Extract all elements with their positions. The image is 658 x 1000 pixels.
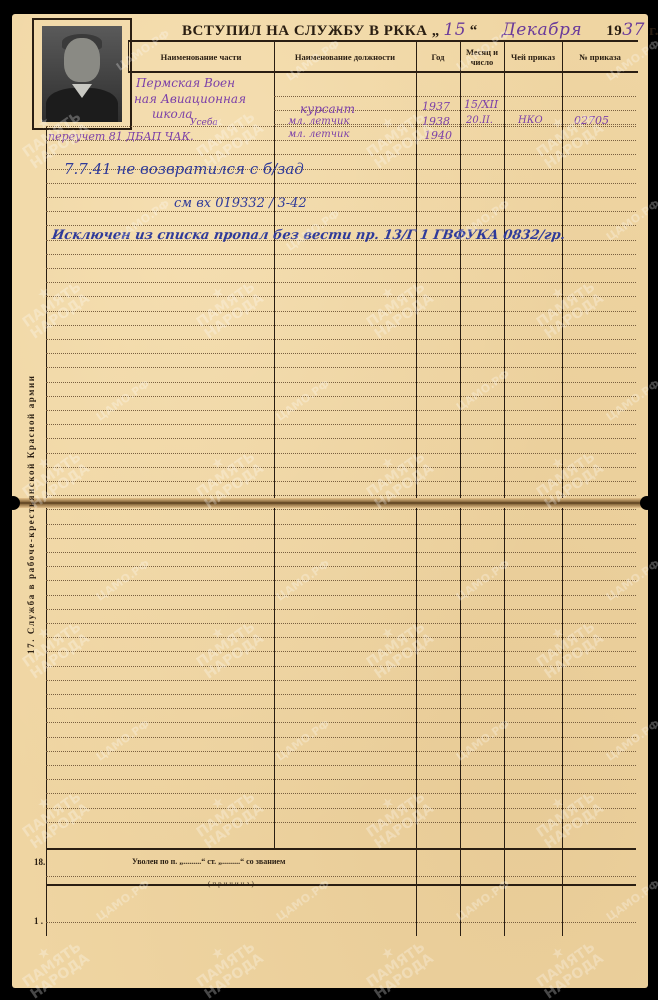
title-text: ВСТУПИЛ НА СЛУЖБУ В РККА [182,23,428,39]
entry-position-2: мл. летчик [288,116,349,127]
watermark-archive: ЦАМО.РФ [94,717,152,763]
table-row-line [46,779,636,780]
note-2: см вх 019332 / 3-42 [174,196,307,211]
watermark-archive: ЦАМО.РФ [604,377,658,423]
column-header-year: Год [416,42,460,71]
watermark-project: ★ПАМЯТЬНАРОДА [12,778,92,851]
watermark-project: ★ПАМЯТЬНАРОДА [526,608,606,681]
table-row-line [46,154,636,155]
col-divider-4 [504,42,505,936]
table-row-line [46,325,636,326]
section-17-label: 17. Служба в рабоче-крестьянской Красной… [26,374,36,654]
table-row-line [46,609,636,610]
watermark-project: ★ПАМЯТЬНАРОДА [186,928,266,1000]
table-row-line [46,396,636,397]
table-row-line [46,481,636,482]
table-row-line [46,311,636,312]
entry-position-3: мл. летчик [288,129,349,140]
watermark-project: ★ПАМЯТЬНАРОДА [186,778,266,851]
table-row-line [46,566,636,567]
watermark-project: ★ПАМЯТЬНАРОДА [356,928,436,1000]
table-row-line [46,884,636,886]
entry-position-1: курсант [300,102,355,116]
title-year-prefix: 19 [606,23,622,39]
entry-date-2: 20.II. [466,115,493,126]
table-row-line [46,580,636,581]
column-header-unit: Наименование части [128,42,274,71]
column-header-order-by: Чей приказ [504,42,562,71]
table-row-line [46,495,636,496]
header-left-edge [128,42,129,72]
table-row-line [46,848,636,850]
table-row-line [46,353,636,354]
table-row-line [46,367,636,368]
watermark-archive: ЦАМО.РФ [274,717,332,763]
section-18-number: 18. [34,857,45,867]
watermark-project: ★ПАМЯТЬНАРОДА [356,608,436,681]
note-1: 7.7.41 не возвратился с б/зад [64,160,304,178]
table-row-line [46,737,636,738]
table-row-line [46,808,636,809]
table-row-line [46,922,636,923]
entry-unit-note: Усеба [190,118,218,128]
table-row-line [46,538,636,539]
table-row-line [46,197,636,198]
entry-year-3: 1940 [424,129,452,142]
watermark-archive: ЦАМО.РФ [94,377,152,423]
watermark-archive: ЦАМО.РФ [604,197,658,243]
watermark-project: ★ПАМЯТЬНАРОДА [12,608,92,681]
column-header-position: Наименование должности [274,42,416,71]
col-divider-5 [562,42,563,936]
watermark-archive: ЦАМО.РФ [604,717,658,763]
table-row-line [46,708,636,709]
table-row-line [46,793,636,794]
column-header-order-no: № приказа [562,42,638,71]
entry-order-no-2: 02705 [574,114,609,127]
table-row-line [46,183,636,184]
table-row-line [46,876,636,877]
title-day: 15 [440,20,470,41]
title-year-unit: г. [649,23,658,39]
watermark-project: ★ПАМЯТЬНАРОДА [12,268,92,341]
table-row-line [46,282,636,283]
fold-notch-right [640,496,654,510]
table-row-line [46,595,636,596]
table-row-line [46,453,636,454]
entry-year-1: 1937 [422,100,450,113]
table-row-line [46,637,636,638]
fold-notch-left [6,496,20,510]
title-month: Декабря [482,20,602,41]
table-row-line [46,623,636,624]
left-border-line [46,126,47,936]
soldier-photo [42,26,122,122]
watermark-project: ★ПАМЯТЬНАРОДА [526,928,606,1000]
soldier-photo-frame [32,18,132,130]
watermark-project: ★ПАМЯТЬНАРОДА [526,778,606,851]
watermark-project: ★ПАМЯТЬНАРОДА [356,778,436,851]
page-fold [12,498,648,508]
section-18-text: Уволен по п. „.........“ ст. „.........“… [132,857,285,866]
table-row-line [46,296,636,297]
watermark-project: ★ПАМЯТЬНАРОДА [12,928,92,1000]
entry-unit-line3: школа [152,107,193,121]
archive-document-page: ВСТУПИЛ НА СЛУЖБУ В РККА „15“ Декабря 19… [12,14,648,988]
table-row-line [46,822,636,823]
section-18-reason-caption: (причина) [208,880,256,888]
table-row-line [46,552,636,553]
table-row-line [46,467,636,468]
table-row-line [46,694,636,695]
table-row-line [46,339,636,340]
table-row-line [274,96,636,97]
table-row-line [46,225,636,226]
table-row-line [46,524,636,525]
table-row-line [46,680,636,681]
watermark-project: ★ПАМЯТЬНАРОДА [526,268,606,341]
note-3: Исключен из списка пропал без вести пр. … [51,228,566,243]
table-row-line [46,438,636,439]
table-row-line [46,211,636,212]
table-row-line [46,509,636,510]
col-divider-3 [460,42,461,936]
title-year-suffix: 37 [622,20,645,40]
table-row-line [46,666,636,667]
table-row-line [46,765,636,766]
col-divider-2 [416,42,417,936]
table-row-line [46,268,636,269]
page-title: ВСТУПИЛ НА СЛУЖБУ В РККА „15“ Декабря 19… [182,20,658,41]
watermark-archive: ЦАМО.РФ [274,377,332,423]
entry-unit-line2: ная Авиационная [134,92,246,106]
column-header-date: Месяц и число [460,42,504,71]
table-row-line [46,722,636,723]
entry-unit-2: переучет 81 ДБАП ЧАК. [48,130,194,143]
watermark-project: ★ПАМЯТЬНАРОДА [186,268,266,341]
watermark-project: ★ПАМЯТЬНАРОДА [186,608,266,681]
table-row-line [46,651,636,652]
section-1-number: 1 . [34,916,43,926]
entry-year-2: 1938 [422,115,450,128]
entry-order-by-2: НКО [518,115,543,126]
table-row-line [46,410,636,411]
watermark-project: ★ПАМЯТЬНАРОДА [356,268,436,341]
table-row-line [46,751,636,752]
table-row-line [46,254,636,255]
table-row-line [46,424,636,425]
entry-date-1: 15/XII [464,98,498,111]
table-row-line [46,382,636,383]
entry-unit-line1: Пермская Воен [136,76,235,90]
